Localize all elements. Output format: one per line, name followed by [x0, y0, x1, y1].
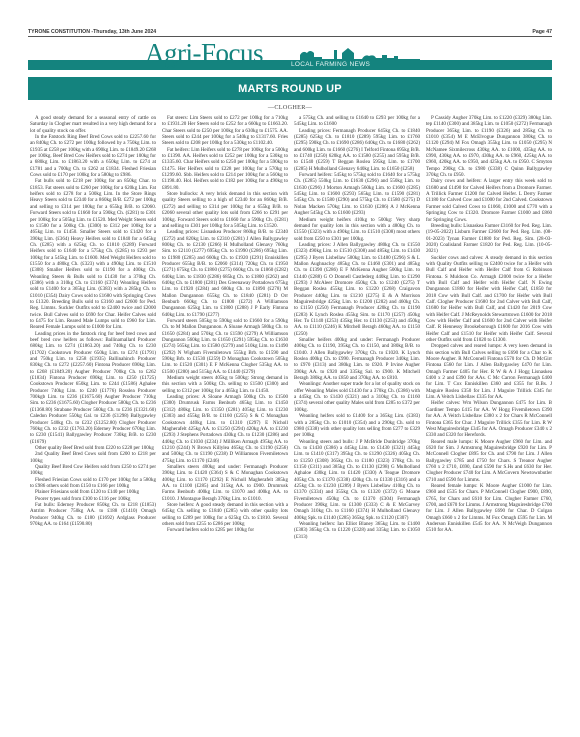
article-paragraph: Forward heifers: 545kg to 575kg sold to … [294, 172, 420, 216]
article-paragraph: Leading prices in the fatstock ring for … [30, 331, 156, 445]
farm-silhouette-icon [290, 44, 420, 61]
article-paragraph: Dropped calves and reared lumps: A very … [426, 343, 552, 400]
article-paragraph: Leading prices: J Allen Ballygawley 480k… [294, 242, 420, 337]
article-paragraph: Weanling heifers sold to £1400 for a 365… [294, 413, 420, 438]
article-column-2: Fat steers: Lim Steers sold to £272 per … [162, 115, 288, 730]
article-paragraph: Fat bulls: Ederney Producer 850kg Ch. to… [30, 502, 156, 527]
article-paragraph: Store heifers: A good steady demand in t… [162, 502, 288, 527]
article-column-4: P Cassidy Augher 370kg Lim. to £1220 (£3… [426, 115, 552, 730]
article-paragraph: Leading prices: Lisnaskea Producer 860kg… [162, 229, 288, 318]
article-paragraph: a 575kg Ch. and selling to £1640 to £293… [294, 115, 420, 128]
article-paragraph: Weanlings: Another super trade for a lot… [294, 381, 420, 413]
article-paragraph: Fat steers: Lim Steers sold to £272 per … [162, 115, 288, 147]
article-paragraph: Medium weight steers 405kg to 500kg: Str… [162, 375, 288, 394]
article-paragraph: Reared female lumps: K Moore Augher £100… [426, 483, 552, 534]
article-paragraph: In the Fatstock Ring Beef Bred Cows sold… [30, 134, 156, 178]
article-paragraph: Fat heifers: Lim Heifers sold to £278 pe… [162, 147, 288, 191]
masthead-subtitle: LOCAL FARMING NEWS [291, 61, 370, 68]
marts-roundup-banner: MARTS ROUND UP [28, 77, 552, 100]
article-paragraph: Smaller heifers 400kg and under: Fermana… [294, 337, 420, 381]
article-paragraph: Suckler cows and calves: A steady demand… [426, 255, 552, 344]
masthead: Agri-Focus LOCAL FARMING NEWS [28, 38, 552, 73]
article-paragraph: Weanling steers and bulls: J P McBride D… [294, 439, 420, 521]
article-paragraph: Dairy cows and heifers: A larger entry t… [426, 178, 552, 222]
article-paragraph: Heifer calves: Wm Wilson Dungannon £475 … [426, 400, 552, 438]
article-paragraph: Breeding bulls: Lisnaskea Farmer £3160 f… [426, 223, 552, 255]
article-paragraph: Weanling heifers: Ian Elliot Blaney 365k… [294, 521, 420, 540]
article-column-3: a 575kg Ch. and selling to £1640 to £293… [294, 115, 420, 730]
article-paragraph: Reared male lumps: K Moore Augher £960 f… [426, 439, 552, 483]
article-paragraph: 2nd Quality Beef Bred Cows sold from £20… [30, 451, 156, 464]
article-paragraph: Smallers steers 400kg and under: Fermana… [162, 464, 288, 502]
masthead-band [28, 60, 552, 70]
masthead-title: Agri-Focus [145, 39, 263, 67]
article-paragraph: Plainer Friesians sold from £120 to £140… [30, 489, 156, 495]
section-heading: —CLOGHER— [0, 104, 580, 111]
article-paragraph: Leading prices: A Sloane Armagh 500kg Ch… [162, 394, 288, 464]
article-paragraph: Fat bulls sold to £218 per 100kg for an … [30, 178, 156, 330]
article-paragraph: Fleshed Friesian Cows sold to £170 per 1… [30, 477, 156, 490]
article-paragraph: P Cassidy Augher 370kg Lim. to £1220 (£3… [426, 115, 552, 178]
article-paragraph: Leading prices: Fermanagh Producer 645kg… [294, 128, 420, 172]
article-body: A good steady demand for a seasonal entr… [30, 115, 552, 730]
article-paragraph: Forward heifers sold to £285 per 100kg f… [162, 527, 288, 533]
header-rule [28, 36, 552, 37]
article-column-1: A good steady demand for a seasonal entr… [30, 115, 156, 730]
article-paragraph: Forward steers 505kg to 590kg sold to £1… [162, 318, 288, 375]
article-paragraph: Store bullocks: A very brisk demand in t… [162, 191, 288, 229]
article-paragraph: Quality Beef Bred Cow Heifers sold from … [30, 464, 156, 477]
article-paragraph: Medium weight heifers 410kg to 500kg: Ve… [294, 217, 420, 242]
banner-title: MARTS ROUND UP [238, 83, 342, 95]
article-paragraph: A good steady demand for a seasonal entr… [30, 115, 156, 134]
